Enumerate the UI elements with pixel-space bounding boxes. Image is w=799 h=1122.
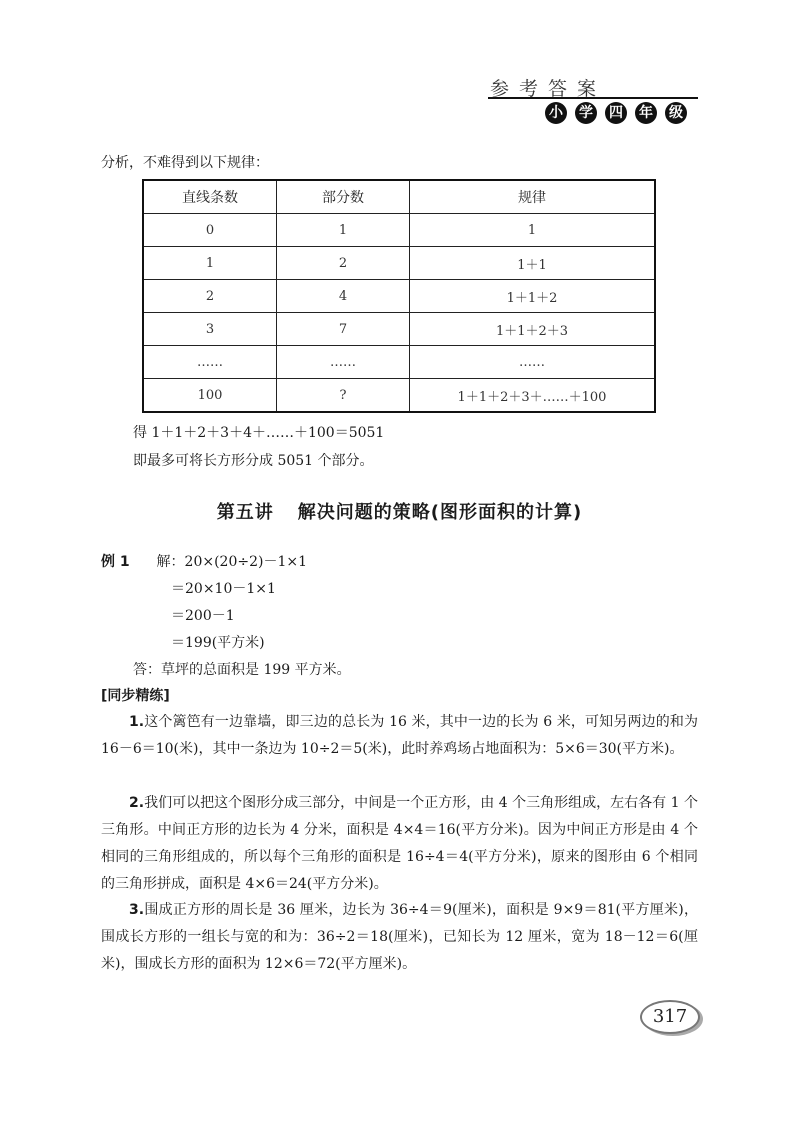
result-line: 即最多可将长方形分成 5051 个部分。	[133, 450, 374, 470]
grade-badge: 四	[605, 102, 627, 124]
table-cell: 0	[143, 214, 277, 247]
item-text: 这个篱笆有一边靠墙，即三边的总长为 16 米，其中一边的长为 6 米，可知另两边…	[101, 714, 698, 757]
table-header: 规律	[410, 180, 656, 214]
grade-badge: 级	[665, 102, 687, 124]
table-cell: 1	[143, 247, 277, 280]
example-1: 例 1 解：20×(20÷2)－1×1	[101, 551, 307, 571]
table-cell: 1＋1＋2＋3	[410, 313, 656, 346]
table-row: …… …… ……	[143, 346, 655, 379]
table-cell: ?	[277, 379, 410, 413]
table-cell: 2	[277, 247, 410, 280]
item-text: 围成正方形的周长是 36 厘米，边长为 36÷4＝9(厘米)，面积是 9×9＝8…	[101, 902, 698, 972]
header-rule	[488, 97, 698, 99]
table-cell: ……	[277, 346, 410, 379]
table-row: 100 ? 1＋1＋2＋3＋……＋100	[143, 379, 655, 413]
table-cell: 4	[277, 280, 410, 313]
pattern-table: 直线条数 部分数 规律 0 1 1 1 2 1＋1 2 4 1＋1＋2 3 7 …	[142, 179, 656, 413]
intro-text: 分析，不难得到以下规律：	[101, 152, 269, 172]
item-text: 我们可以把这个图形分成三部分，中间是一个正方形，由 4 个三角形组成，左右各有 …	[101, 795, 698, 892]
lesson-title: 第五讲解决问题的策略(图形面积的计算)	[0, 498, 799, 524]
grade-badge: 小	[545, 102, 567, 124]
table-row: 0 1 1	[143, 214, 655, 247]
solution-line: ＝200－1	[171, 605, 235, 625]
table-cell: 1＋1＋2＋3＋……＋100	[410, 379, 656, 413]
table-cell: 3	[143, 313, 277, 346]
table-cell: 1＋1	[410, 247, 656, 280]
table-cell: 1＋1＋2	[410, 280, 656, 313]
item-number: 2.	[129, 795, 144, 811]
table-cell: 100	[143, 379, 277, 413]
example-answer: 答：草坪的总面积是 199 平方米。	[133, 659, 351, 679]
page-number: 317	[640, 1000, 700, 1034]
grade-badges: 小 学 四 年 级	[545, 102, 687, 124]
practice-tag: [同步精练]	[101, 685, 170, 705]
table-cell: 1	[277, 214, 410, 247]
practice-item: 1.这个篱笆有一边靠墙，即三边的总长为 16 米，其中一边的长为 6 米，可知另…	[101, 709, 698, 763]
item-number: 3.	[129, 902, 144, 918]
result-line: 得 1＋1＋2＋3＋4＋……＋100＝5051	[133, 422, 384, 442]
example-label: 例 1	[101, 554, 130, 570]
solution-line: 解：20×(20÷2)－1×1	[157, 554, 307, 570]
table-cell: 2	[143, 280, 277, 313]
grade-badge: 学	[575, 102, 597, 124]
practice-item: 3.围成正方形的周长是 36 厘米，边长为 36÷4＝9(厘米)，面积是 9×9…	[101, 897, 698, 978]
table-cell: ……	[410, 346, 656, 379]
table-row: 2 4 1＋1＋2	[143, 280, 655, 313]
lesson-topic: 解决问题的策略(图形面积的计算)	[298, 502, 582, 523]
table-row: 3 7 1＋1＋2＋3	[143, 313, 655, 346]
lesson-number: 第五讲	[217, 502, 274, 523]
table-row: 1 2 1＋1	[143, 247, 655, 280]
table-header-row: 直线条数 部分数 规律	[143, 180, 655, 214]
practice-item: 2.我们可以把这个图形分成三部分，中间是一个正方形，由 4 个三角形组成，左右各…	[101, 790, 698, 898]
solution-line: ＝199(平方米)	[171, 632, 265, 652]
grade-badge: 年	[635, 102, 657, 124]
solution-line: ＝20×10－1×1	[171, 578, 276, 598]
table-cell: 7	[277, 313, 410, 346]
table-header: 直线条数	[143, 180, 277, 214]
table-cell: 1	[410, 214, 656, 247]
item-number: 1.	[129, 714, 144, 730]
table-cell: ……	[143, 346, 277, 379]
table-header: 部分数	[277, 180, 410, 214]
